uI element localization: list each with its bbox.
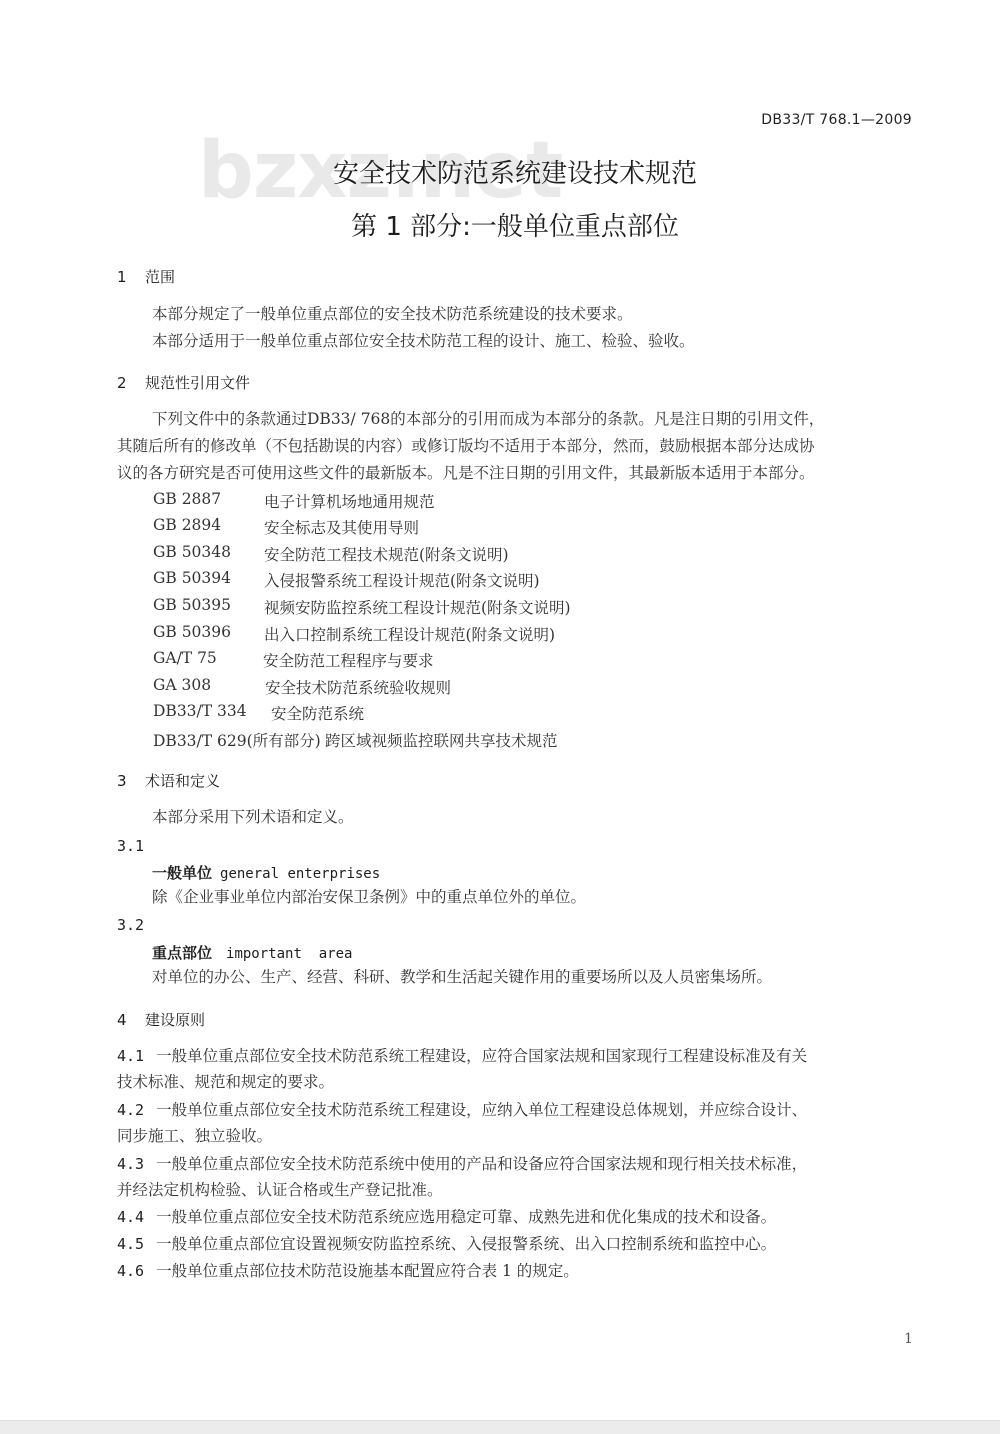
reference-title: 视频安防监控系统工程设计规范(附条文说明) (264, 596, 571, 618)
clause-text-continued: 同步施工、独立验收。 (117, 1123, 917, 1149)
term-zh: 重点部位 (152, 944, 212, 962)
section-title: 范围 (145, 268, 175, 286)
clause-text: 一般单位重点部位安全技术防范系统应选用稳定可靠、成熟先进和优化集成的技术和设备。 (156, 1208, 776, 1226)
clause-text: 一般单位重点部位安全技术防范系统中使用的产品和设备应符合国家法规和现行相关技术标… (156, 1155, 807, 1173)
reference-item: GB 2887 电子计算机场地通用规范 (153, 490, 221, 508)
clause-number: 4.5 (117, 1235, 144, 1253)
reference-code: GA 308 (153, 676, 211, 694)
paragraph: 本部分采用下列术语和定义。 (152, 804, 354, 831)
clause-4-3: 4.3一般单位重点部位安全技术防范系统中使用的产品和设备应符合国家法规和现行相关… (117, 1151, 917, 1203)
section-title: 规范性引用文件 (145, 374, 250, 392)
reference-title: 安全防范系统 (271, 702, 364, 724)
section-number: 2 (117, 374, 145, 392)
clause-number: 4.2 (117, 1101, 144, 1119)
section-number: 3 (117, 772, 145, 790)
section-heading-4: 4建设原则 (117, 1009, 205, 1030)
clause-4-2: 4.2一般单位重点部位安全技术防范系统工程建设，应纳入单位工程建设总体规划，并应… (117, 1097, 917, 1149)
term-en: important area (226, 946, 352, 962)
clause-text: 一般单位重点部位宜设置视频安防监控系统、入侵报警系统、出入口控制系统和监控中心。 (156, 1235, 776, 1253)
document-subtitle: 第 1 部分:一般单位重点部位 (0, 206, 1000, 243)
term-number: 3.1 (117, 837, 144, 855)
paragraph: 议的各方研究是否可使用这些文件的最新版本。凡是不注日期的引用文件，其最新版本适用… (117, 460, 815, 487)
reference-code: GA/T 75 (153, 649, 217, 667)
reference-item: GA 308 安全技术防范系统验收规则 (153, 676, 211, 694)
viewer-bottom-bar (0, 1420, 1000, 1434)
reference-title: 电子计算机场地通用规范 (264, 490, 435, 512)
reference-item: GB 50396 出入口控制系统工程设计规范(附条文说明) (153, 623, 231, 641)
paragraph: 本部分规定了一般单位重点部位的安全技术防范系统建设的技术要求。 (152, 301, 633, 328)
reference-title: 入侵报警系统工程设计规范(附条文说明) (264, 569, 540, 591)
clause-number: 4.6 (117, 1262, 144, 1280)
reference-item: GA/T 75 安全防范工程程序与要求 (153, 649, 217, 667)
clause-text: 一般单位重点部位技术防范设施基本配置应符合表 1 的规定。 (156, 1262, 579, 1280)
section-heading-1: 1范围 (117, 266, 175, 287)
reference-code: GB 2894 (153, 516, 221, 534)
reference-code: GB 50396 (153, 623, 231, 641)
reference-code: GB 50394 (153, 569, 231, 587)
reference-item: DB33/T 629(所有部分) 跨区域视频监控联网共享技术规范 (153, 729, 321, 751)
reference-title: 安全标志及其使用导则 (264, 516, 419, 538)
term-definition: 对单位的办公、生产、经营、科研、教学和生活起关键作用的重要场所以及人员密集场所。 (152, 964, 772, 991)
document-title: 安全技术防范系统建设技术规范 (0, 153, 1000, 190)
reference-title: 跨区域视频监控联网共享技术规范 (325, 729, 558, 751)
clause-4-5: 4.5一般单位重点部位宜设置视频安防监控系统、入侵报警系统、出入口控制系统和监控… (117, 1231, 917, 1257)
clause-number: 4.3 (117, 1155, 144, 1173)
clause-text: 一般单位重点部位安全技术防范系统工程建设，应纳入单位工程建设总体规划，并应综合设… (156, 1101, 807, 1119)
reference-item: GB 2894 安全标志及其使用导则 (153, 516, 221, 534)
reference-code: DB33/T 629(所有部分) (153, 729, 321, 751)
clause-4-4: 4.4一般单位重点部位安全技术防范系统应选用稳定可靠、成熟先进和优化集成的技术和… (117, 1204, 917, 1230)
term-zh: 一般单位 (152, 864, 212, 882)
reference-title: 出入口控制系统工程设计规范(附条文说明) (264, 623, 555, 645)
term-number: 3.2 (117, 916, 144, 934)
section-number: 1 (117, 268, 145, 286)
section-title: 建设原则 (145, 1011, 205, 1029)
section-title: 术语和定义 (145, 772, 220, 790)
reference-code: GB 2887 (153, 490, 221, 508)
reference-title: 安全技术防范系统验收规则 (265, 676, 451, 698)
term-heading: 一般单位general enterprises (152, 862, 380, 883)
reference-title: 安全防范工程技术规范(附条文说明) (264, 543, 509, 565)
clause-text-continued: 技术标准、规范和规定的要求。 (117, 1069, 917, 1095)
reference-item: GB 50394 入侵报警系统工程设计规范(附条文说明) (153, 569, 231, 587)
term-heading: 重点部位important area (152, 942, 352, 963)
reference-code: GB 50395 (153, 596, 231, 614)
clause-number: 4.1 (117, 1047, 144, 1065)
reference-item: GB 50395 视频安防监控系统工程设计规范(附条文说明) (153, 596, 231, 614)
clause-text: 一般单位重点部位安全技术防范系统工程建设，应符合国家法规和国家现行工程建设标准及… (156, 1047, 807, 1065)
term-definition: 除《企业事业单位内部治安保卫条例》中的重点单位外的单位。 (152, 884, 586, 911)
clause-text-continued: 并经法定机构检验、认证合格或生产登记批准。 (117, 1177, 917, 1203)
section-number: 4 (117, 1011, 145, 1029)
clause-4-1: 4.1一般单位重点部位安全技术防范系统工程建设，应符合国家法规和国家现行工程建设… (117, 1043, 917, 1095)
clause-4-6: 4.6一般单位重点部位技术防范设施基本配置应符合表 1 的规定。 (117, 1258, 917, 1284)
reference-item: DB33/T 334 安全防范系统 (153, 702, 247, 720)
standard-code: DB33/T 768.1—2009 (761, 112, 912, 128)
reference-code: GB 50348 (153, 543, 231, 561)
section-heading-3: 3术语和定义 (117, 770, 220, 791)
document-page: bzxz.net DB33/T 768.1—2009 安全技术防范系统建设技术规… (0, 0, 1000, 1420)
term-en: general enterprises (220, 866, 380, 882)
reference-item: GB 50348 安全防范工程技术规范(附条文说明) (153, 543, 231, 561)
page-number: 1 (904, 1331, 913, 1347)
paragraph: 下列文件中的条款通过DB33/ 768的本部分的引用而成为本部分的条款。凡是注日… (152, 406, 824, 433)
clause-number: 4.4 (117, 1208, 144, 1226)
reference-code: DB33/T 334 (153, 702, 247, 720)
paragraph: 其随后所有的修改单（不包括勘误的内容）或修订版均不适用于本部分，然而，鼓励根据本… (117, 433, 815, 460)
section-heading-2: 2规范性引用文件 (117, 372, 250, 393)
reference-title: 安全防范工程程序与要求 (263, 649, 434, 671)
paragraph: 本部分适用于一般单位重点部位安全技术防范工程的设计、施工、检验、验收。 (152, 328, 695, 355)
